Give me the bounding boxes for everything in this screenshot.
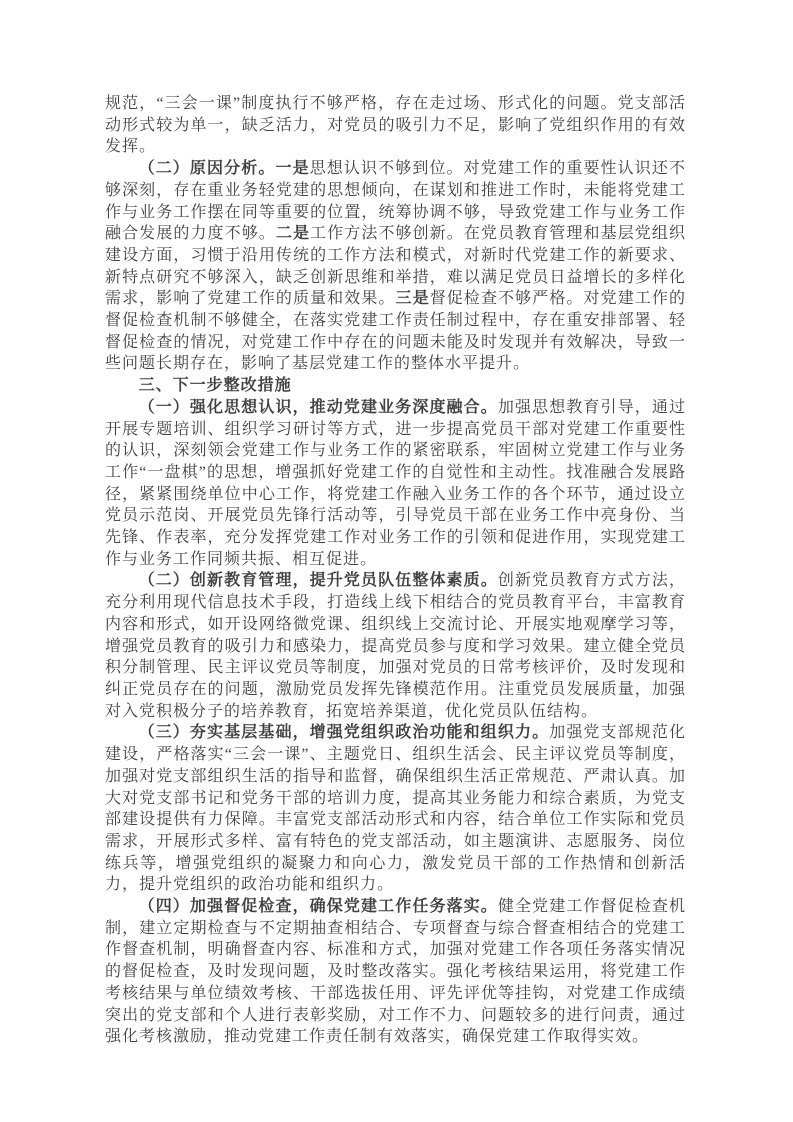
paragraph-measure-1: （一）强化思想认识，推动党建业务深度融合。加强思想教育引导，通过开展专题培训、组… — [105, 397, 686, 571]
heading-next-step-measures: 三、下一步整改措施 — [105, 375, 686, 397]
bold-run: （四）加强督促检查，确保党建工作任务落实。 — [139, 898, 498, 915]
bold-run: （三）夯实基层基础，增强党组织政治功能和组织力。 — [139, 724, 550, 741]
paragraph-measure-2: （二）创新教育管理，提升党员队伍整体素质。创新党员教育方式方法，充分利用现代信息… — [105, 570, 686, 722]
bold-run: 二是 — [276, 225, 310, 242]
bold-run: 三、下一步整改措施 — [139, 377, 292, 394]
text-run: 加强党支部规范化建设，严格落实“三会一课”、主题党日、组织生活会、民主评议党员等… — [105, 724, 686, 893]
document-page: 规范，“三会一课”制度执行不够严格，存在走过场、形式化的问题。党支部活动形式较为… — [0, 0, 793, 1122]
bold-run: （二）创新教育管理，提升党员队伍整体素质。 — [139, 572, 498, 589]
text-run: 健全党建工作督促检查机制，建立定期检查与不定期抽查相结合、专项督查与综合督查相结… — [105, 898, 686, 1045]
paragraph-cause-analysis: （二）原因分析。一是思想认识不够到位。对党建工作的重要性认识还不够深刻，存在重业… — [105, 158, 686, 375]
text-run: 规范，“三会一课”制度执行不够严格，存在走过场、形式化的问题。党支部活动形式较为… — [105, 95, 686, 155]
bold-run: （一）强化思想认识，推动党建业务深度融合。 — [139, 399, 498, 416]
bold-run: （二）原因分析。一是 — [139, 160, 310, 177]
paragraph-continuation: 规范，“三会一课”制度执行不够严格，存在走过场、形式化的问题。党支部活动形式较为… — [105, 93, 686, 158]
bold-run: 三是 — [396, 290, 430, 307]
text-run: 加强思想教育引导，通过开展专题培训、组织学习研讨等方式，进一步提高党员干部对党建… — [105, 399, 686, 568]
paragraph-measure-3: （三）夯实基层基础，增强党组织政治功能和组织力。加强党支部规范化建设，严格落实“… — [105, 722, 686, 896]
text-run: 创新党员教育方式方法，充分利用现代信息技术手段，打造线上线下相结合的党员教育平台… — [105, 572, 686, 719]
paragraph-measure-4: （四）加强督促检查，确保党建工作任务落实。健全党建工作督促检查机制，建立定期检查… — [105, 896, 686, 1048]
